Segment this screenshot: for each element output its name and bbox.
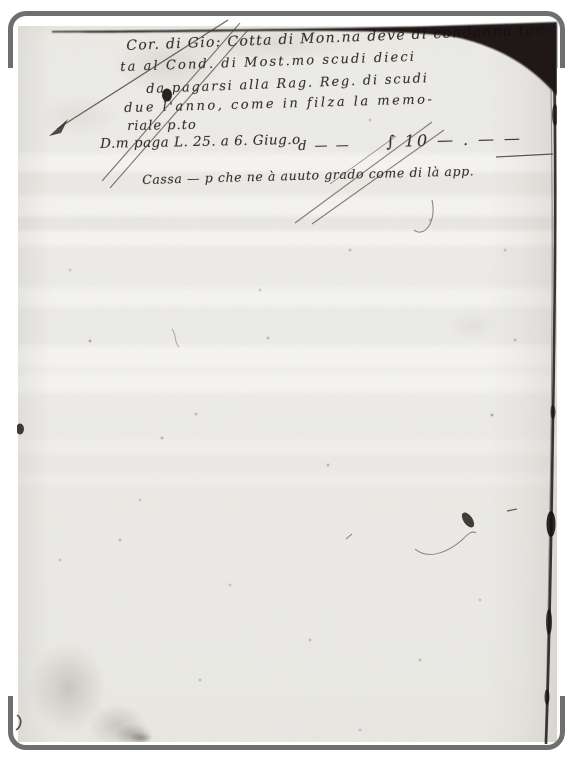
frame-gap-right: [557, 68, 569, 696]
viewer-frame: [8, 11, 565, 750]
frame-gap-left: [5, 68, 17, 696]
